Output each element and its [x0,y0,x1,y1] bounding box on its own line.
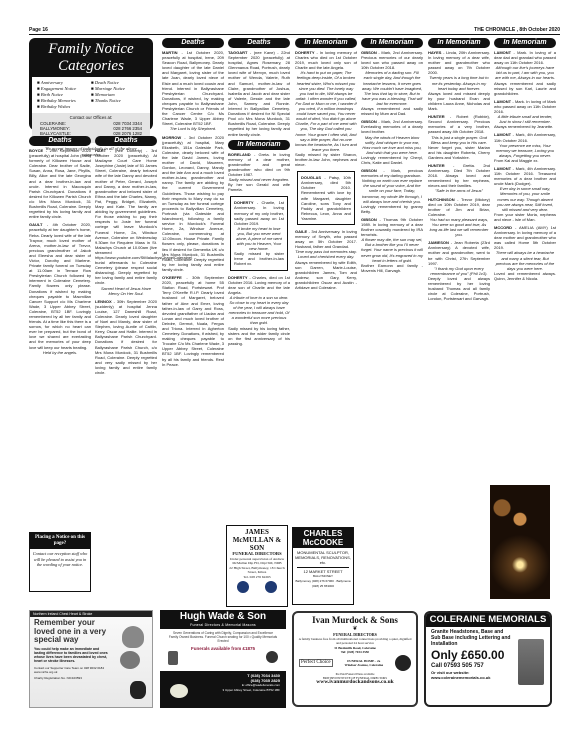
section-header-in-memoriam: In Memoriam [228,140,290,150]
memoriam-notice: HUNTER - Gretta. 2nd Anniversary. Died 7… [428,163,490,194]
memoriam-notice: GIBSON - Thomas 9th October 1989. In lov… [361,217,423,273]
masthead-date: THE CHRONICLE , 8th October 2020 [474,27,560,34]
chest-heart-stroke-ad: Northern Ireland Chest Heart & Stroke Re… [29,610,153,708]
death-notice: O'KEEFFE - 30th September 2020, peaceful… [162,275,224,367]
section-header-deaths: Deaths [29,136,91,146]
bifd-crest-icon [395,655,411,671]
death-notice: GAULT - 4th October 2020, peacefully at … [29,222,91,354]
ivan-murdock-website-link[interactable]: www.ivanmurdockandsons.co.uk [296,680,414,684]
death-notice: TAGGART - (nee Kane) - 22nd September 20… [228,50,290,137]
section-header-deaths: Deaths [95,136,157,146]
memoriam-notice: DOHERTY - In loving memory of Charles wh… [295,50,357,167]
categories-title: Family Notice Categories [32,41,150,75]
section-header-in-memoriam: In Memoriam [361,38,423,48]
column-6: In Memoriam GIBSON - Mark, 2nd Anniversa… [361,38,423,276]
newspaper-page: Page 16 THE CHRONICLE , 8th October 2020… [29,27,560,35]
memoriam-notice: GIBSON - Mark, 2nd Anniversary. Precious… [361,50,423,116]
memoriam-notice-boxed: DOUGLAS - Patsy, 10th Anniversary, died … [297,171,355,225]
section-header-in-memoriam: In Memoriam [494,38,556,48]
coleraine-memorials-ad: COLERAINE MEMORIALS Granite Headstones, … [424,611,552,707]
candle-image [490,485,550,599]
memoriam-notice: LAMONT - Mark, 4th Anniversary. 11th Oct… [494,166,556,222]
section-header-deaths: Deaths [228,38,290,48]
crest-icon [168,651,178,665]
hugh-wade-ad: Hugh Wade & Son Funeral Directors & Memo… [160,610,286,708]
heart-flower-icon [120,651,140,669]
section-header-deaths: Deaths [162,38,224,48]
family-notice-categories-box: Family Notice Categories Anniversary Dea… [29,38,153,130]
column-5: In Memoriam DOHERTY - In loving memory o… [295,38,357,293]
memoriam-notice: HUNTER - Robert (Robbie), Second Anniver… [428,114,490,160]
ivan-murdock-ad: Ivan Murdock & Sons ❦ FUNERAL DIRECTORS … [292,611,418,707]
page-number: Page 16 [29,27,48,34]
memoriam-notice: LAMONT - Mark, 4th Anniversary, 11th Oct… [494,132,556,163]
death-notice: MARTIN - 1st October 2020, peacefully at… [162,50,224,132]
chest-heart-logo-icon [130,681,146,699]
section-header-in-memoriam: In Memoriam [428,38,490,48]
death-notice: HART - (nee Doherty) - 3rd October 2020 … [95,148,157,296]
memoriam-notice: BORELAND - Greta. In loving memory of a … [228,152,290,193]
column-8: In Memoriam LAMONT - Mark. In loving of … [494,38,556,284]
category-item: Birthday Wishes [37,104,91,110]
lily-flower-icon [170,684,188,698]
column-2: Deaths HART - (nee Doherty) - 3rd Octobe… [95,136,157,378]
column-1: Deaths BOYCE - 29th September 2020 (peac… [29,136,91,358]
memoriam-notice: LAMONT - Mark. In loving of a dear dad a… [494,50,556,96]
category-item: Thanks Notice [91,98,145,104]
memoriam-notice: GIBSON - Mark, 2nd Anniversary. Everlast… [361,119,423,165]
placing-notice-box: Placing a Notice on this page? Contact o… [29,532,91,592]
memoriam-notice: GIBSON - Mark, precious memories of my d… [361,168,423,214]
column-7: In Memoriam HAYES - Linda, 20th Annivers… [428,38,490,304]
memoriam-notice: JAMIESON - Jean Roberta (23rd Anniversar… [428,240,490,301]
section-header-in-memoriam: In Memoriam [295,38,357,48]
memoriam-notice-boxed: DOHERTY - Charlie, 1st Anniversary. In l… [230,196,288,270]
death-notice: BOYCE - 29th September 2020 (peacefully)… [29,148,91,219]
seal-icon [266,651,278,663]
memoriam-notice: LAMONT - Mark. In loving of Mark who pas… [494,99,556,130]
page-header: Page 16 THE CHRONICLE , 8th October 2020 [29,27,560,35]
memoriam-notice: HUTCHINSON - Trevor (Mickey) died on 10t… [428,197,490,238]
nafd-badge-icon [237,581,249,593]
james-mcmullan-ad: JAMES McMULLAN & SON FUNERAL DIRECTORS U… [226,525,288,607]
memoriam-notice: MCCORD - AMELIA (AMY) 1st Anniversary. I… [494,225,556,281]
selected-badge-icon [265,581,277,593]
memoriam-notice: HAYES - Linda, 20th Anniversary. In lovi… [428,50,490,111]
headstone-icon [518,639,544,685]
flower-icon [122,626,144,648]
death-notice: LENNOX - 30th September 2020 (suddenly) … [95,299,157,375]
death-notice: MORROW - 3rd October 2020 (peacefully) a… [162,135,224,273]
memoriam-notice: DOHERTY - Charles, died on 1st October 2… [228,275,290,346]
category-list: Anniversary Death Notice Engagement Noti… [37,80,145,110]
column-3: Deaths MARTIN - 1st October 2020, peacef… [162,38,224,370]
memoriam-notice: GAILE - 3rd Anniversary. In loving memor… [295,229,357,290]
column-4: Deaths TAGGART - (nee Kane) - 22nd Septe… [228,38,290,349]
charles-mccooke-ad: CHARLES McCOOKE MONUMENTAL SCULPTOR, MEM… [292,527,354,605]
